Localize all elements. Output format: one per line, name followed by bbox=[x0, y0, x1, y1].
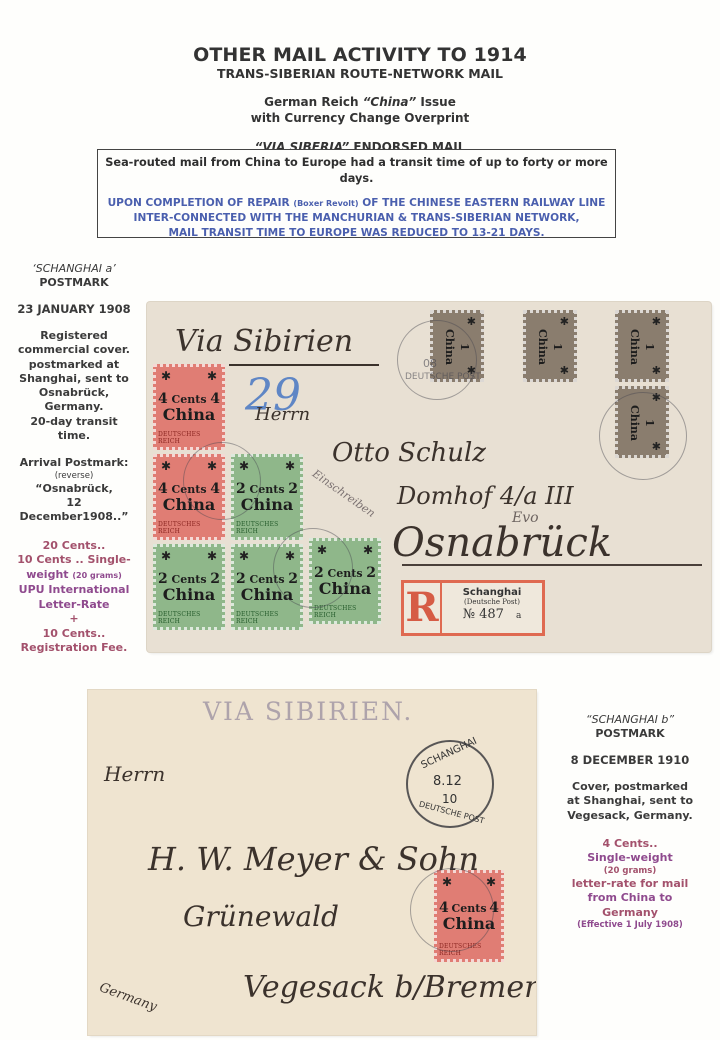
postmark-cancel bbox=[397, 320, 477, 400]
postmark-label: POSTMARK bbox=[0, 276, 148, 290]
stamp-overprint: 1 China bbox=[627, 325, 657, 369]
rate-line: 10 Cents .. Single- bbox=[0, 553, 148, 568]
postmark-cancel bbox=[183, 442, 261, 520]
postmark-name: ‘SCHANGHAI a’ bbox=[0, 262, 148, 276]
stamp-4-cents: ✱✱ 4Cents4 China DEUTSCHES REICH bbox=[153, 364, 225, 450]
arrival-side: (reverse) bbox=[0, 471, 148, 482]
rate-line: 4 Cents.. bbox=[540, 837, 720, 852]
arrival-postmark: Arrival Postmark: (reverse) “Osnabrück, … bbox=[0, 456, 148, 524]
postmark-name: “SCHANGHAI b” bbox=[540, 713, 720, 727]
info-railway-line-3: MAIL TRANSIT TIME TO EUROPE WAS REDUCED … bbox=[98, 226, 615, 241]
cover-b-image: VIA SIBIRIEN. Herrn H. W. Meyer & Sohn G… bbox=[88, 690, 536, 1035]
cover-description: Cover, postmarked at Shanghai, sent to V… bbox=[540, 780, 720, 823]
cover-date: 8 DECEMBER 1910 bbox=[540, 753, 720, 767]
issue-line: German Reich “China” Issue bbox=[0, 94, 720, 110]
info-sea-route: Sea-routed mail from China to Europe had… bbox=[98, 155, 615, 187]
cover-a-image: Via Sibirien 29 Herrn Otto Schulz Domhof… bbox=[147, 302, 711, 652]
stamp-footer: DEUTSCHES REICH bbox=[314, 605, 376, 619]
arrival-line: 12 bbox=[0, 496, 148, 510]
desc-line: at Shanghai, sent to bbox=[540, 794, 720, 808]
desc-line: Germany. bbox=[0, 400, 148, 414]
issue-prefix: German Reich bbox=[264, 95, 363, 109]
rate-line: UPU International bbox=[0, 583, 148, 598]
registration-letter: R bbox=[404, 583, 442, 633]
info-railway-line-2: INTER-CONNECTED WITH THE MANCHURIAN & TR… bbox=[98, 211, 615, 226]
registration-label: R Schanghai (Deutsche Post) № 487a bbox=[401, 580, 545, 636]
info-railway-text-a: UPON COMPLETION OF REPAIR bbox=[108, 197, 294, 209]
desc-line: Vegesack, Germany. bbox=[540, 809, 720, 823]
city-underline bbox=[402, 564, 702, 566]
cover-date: 23 JANUARY 1908 bbox=[0, 302, 148, 316]
desc-line: 20-day transit bbox=[0, 415, 148, 429]
stamp-rosettes: ✱✱ bbox=[158, 370, 220, 382]
address-line-2: Grünewald bbox=[183, 900, 339, 933]
stamp-footer: DEUTSCHES REICH bbox=[236, 521, 298, 535]
destination-country: Germany bbox=[97, 980, 159, 1015]
info-railway: UPON COMPLETION OF REPAIR (Boxer Revolt)… bbox=[98, 196, 615, 241]
stamp-2-cents: ✱✱ 2Cents2 China DEUTSCHES REICH bbox=[153, 544, 225, 630]
info-box: Sea-routed mail from China to Europe had… bbox=[97, 149, 616, 238]
info-railway-text-b: OF THE CHINESE EASTERN RAILWAY LINE bbox=[359, 197, 606, 209]
issue-italic: “China” bbox=[363, 95, 417, 109]
stamp-footer: DEUTSCHES REICH bbox=[158, 611, 220, 625]
cover-b-note: “SCHANGHAI b” POSTMARK 8 DECEMBER 1910 C… bbox=[540, 713, 720, 931]
addressee: H. W. Meyer & Sohn bbox=[148, 840, 479, 878]
desc-line: Osnabrück, bbox=[0, 386, 148, 400]
desc-line: Cover, postmarked bbox=[540, 780, 720, 794]
postmark-cancel bbox=[273, 528, 353, 608]
via-sibirien-handstamp: VIA SIBIRIEN. bbox=[203, 697, 413, 726]
desc-line: postmarked at bbox=[0, 358, 148, 372]
desc-line: Shanghai, sent to bbox=[0, 372, 148, 386]
stamp-overprint: 1 China bbox=[535, 325, 565, 369]
postmark-year: 08 bbox=[423, 357, 437, 370]
postage-rate: 4 Cents.. Single-weight (20 grams) lette… bbox=[540, 837, 720, 932]
postmark-cancel bbox=[599, 392, 687, 480]
rate-line: Germany bbox=[540, 906, 720, 921]
rate-effective: (Effective 1 July 1908) bbox=[540, 920, 720, 931]
issue-suffix: Issue bbox=[416, 95, 456, 109]
postmark-text: DEUTSCHE POST bbox=[405, 372, 481, 382]
postmark-cancel bbox=[410, 868, 494, 952]
rate-total: 20 Cents.. bbox=[0, 539, 148, 554]
rate-line: letter-rate for mail bbox=[540, 877, 720, 892]
desc-line: time. bbox=[0, 429, 148, 443]
rate-line: 10 Cents.. bbox=[0, 627, 148, 642]
postmark-year: 10 bbox=[442, 792, 457, 806]
postmark-label: POSTMARK bbox=[540, 727, 720, 741]
registration-number: № 487a bbox=[442, 607, 542, 622]
registration-info: Schanghai (Deutsche Post) № 487a bbox=[442, 583, 542, 633]
stamp-overprint: 4Cents4 China bbox=[158, 392, 220, 422]
salutation: Herrn bbox=[255, 404, 310, 425]
rate-line: weight (20 grams) bbox=[0, 568, 148, 584]
street: Domhof 4/a III bbox=[397, 482, 574, 510]
stamp-footer: DEUTSCHES REICH bbox=[158, 521, 220, 535]
postage-rate: 20 Cents.. 10 Cents .. Single- weight (2… bbox=[0, 539, 148, 656]
registration-post: (Deutsche Post) bbox=[442, 598, 542, 606]
rate-line: Registration Fee. bbox=[0, 641, 148, 656]
destination-city: Osnabrück bbox=[392, 520, 612, 566]
rate-line: Single-weight bbox=[540, 851, 720, 866]
salutation: Herrn bbox=[104, 762, 165, 786]
arrival-label: Arrival Postmark: bbox=[0, 456, 148, 470]
via-sibirien-endorsement: Via Sibirien bbox=[175, 324, 353, 359]
stamp-1-cent: ✱ 1 China ✱ bbox=[615, 310, 669, 382]
rate-grams: (20 grams) bbox=[72, 571, 121, 580]
endorsement-underline bbox=[229, 364, 379, 366]
registration-city: Schanghai bbox=[442, 587, 542, 598]
stamp-overprint: 2Cents2 China bbox=[158, 572, 220, 602]
stamp-rosettes: ✱✱ bbox=[158, 550, 220, 562]
info-boxer-revolt: (Boxer Revolt) bbox=[293, 199, 358, 208]
rate-weight: weight bbox=[26, 568, 68, 581]
desc-line: Registered bbox=[0, 329, 148, 343]
arrival-line: “Osnabrück, bbox=[0, 482, 148, 496]
page-subtitle: TRANS-SIBERIAN ROUTE-NETWORK MAIL bbox=[0, 66, 720, 82]
info-railway-line-1: UPON COMPLETION OF REPAIR (Boxer Revolt)… bbox=[98, 196, 615, 211]
stamp-footer: DEUTSCHES REICH bbox=[236, 611, 298, 625]
addressee: Otto Schulz bbox=[332, 438, 486, 468]
cover-a-note: ‘SCHANGHAI a’ POSTMARK 23 JANUARY 1908 R… bbox=[0, 262, 148, 656]
postmark-date: 8.12 bbox=[433, 774, 462, 789]
stamp-1-cent: ✱ 1 China ✱ bbox=[523, 310, 577, 382]
rate-plus: + bbox=[0, 612, 148, 627]
rate-line: (20 grams) bbox=[540, 866, 720, 877]
cover-description: Registered commercial cover. postmarked … bbox=[0, 329, 148, 443]
desc-line: commercial cover. bbox=[0, 343, 148, 357]
arrival-line: December1908..” bbox=[0, 510, 148, 524]
einschreiben-note: Einschreiben bbox=[310, 467, 378, 520]
page-header: OTHER MAIL ACTIVITY TO 1914 TRANS-SIBERI… bbox=[0, 44, 720, 155]
page-title: OTHER MAIL ACTIVITY TO 1914 bbox=[0, 44, 720, 66]
rate-line: from China to bbox=[540, 891, 720, 906]
issue-line-2: with Currency Change Overprint bbox=[0, 110, 720, 126]
destination-city: Vegesack b/Bremen bbox=[243, 970, 536, 1005]
rate-line: Letter-Rate bbox=[0, 598, 148, 613]
